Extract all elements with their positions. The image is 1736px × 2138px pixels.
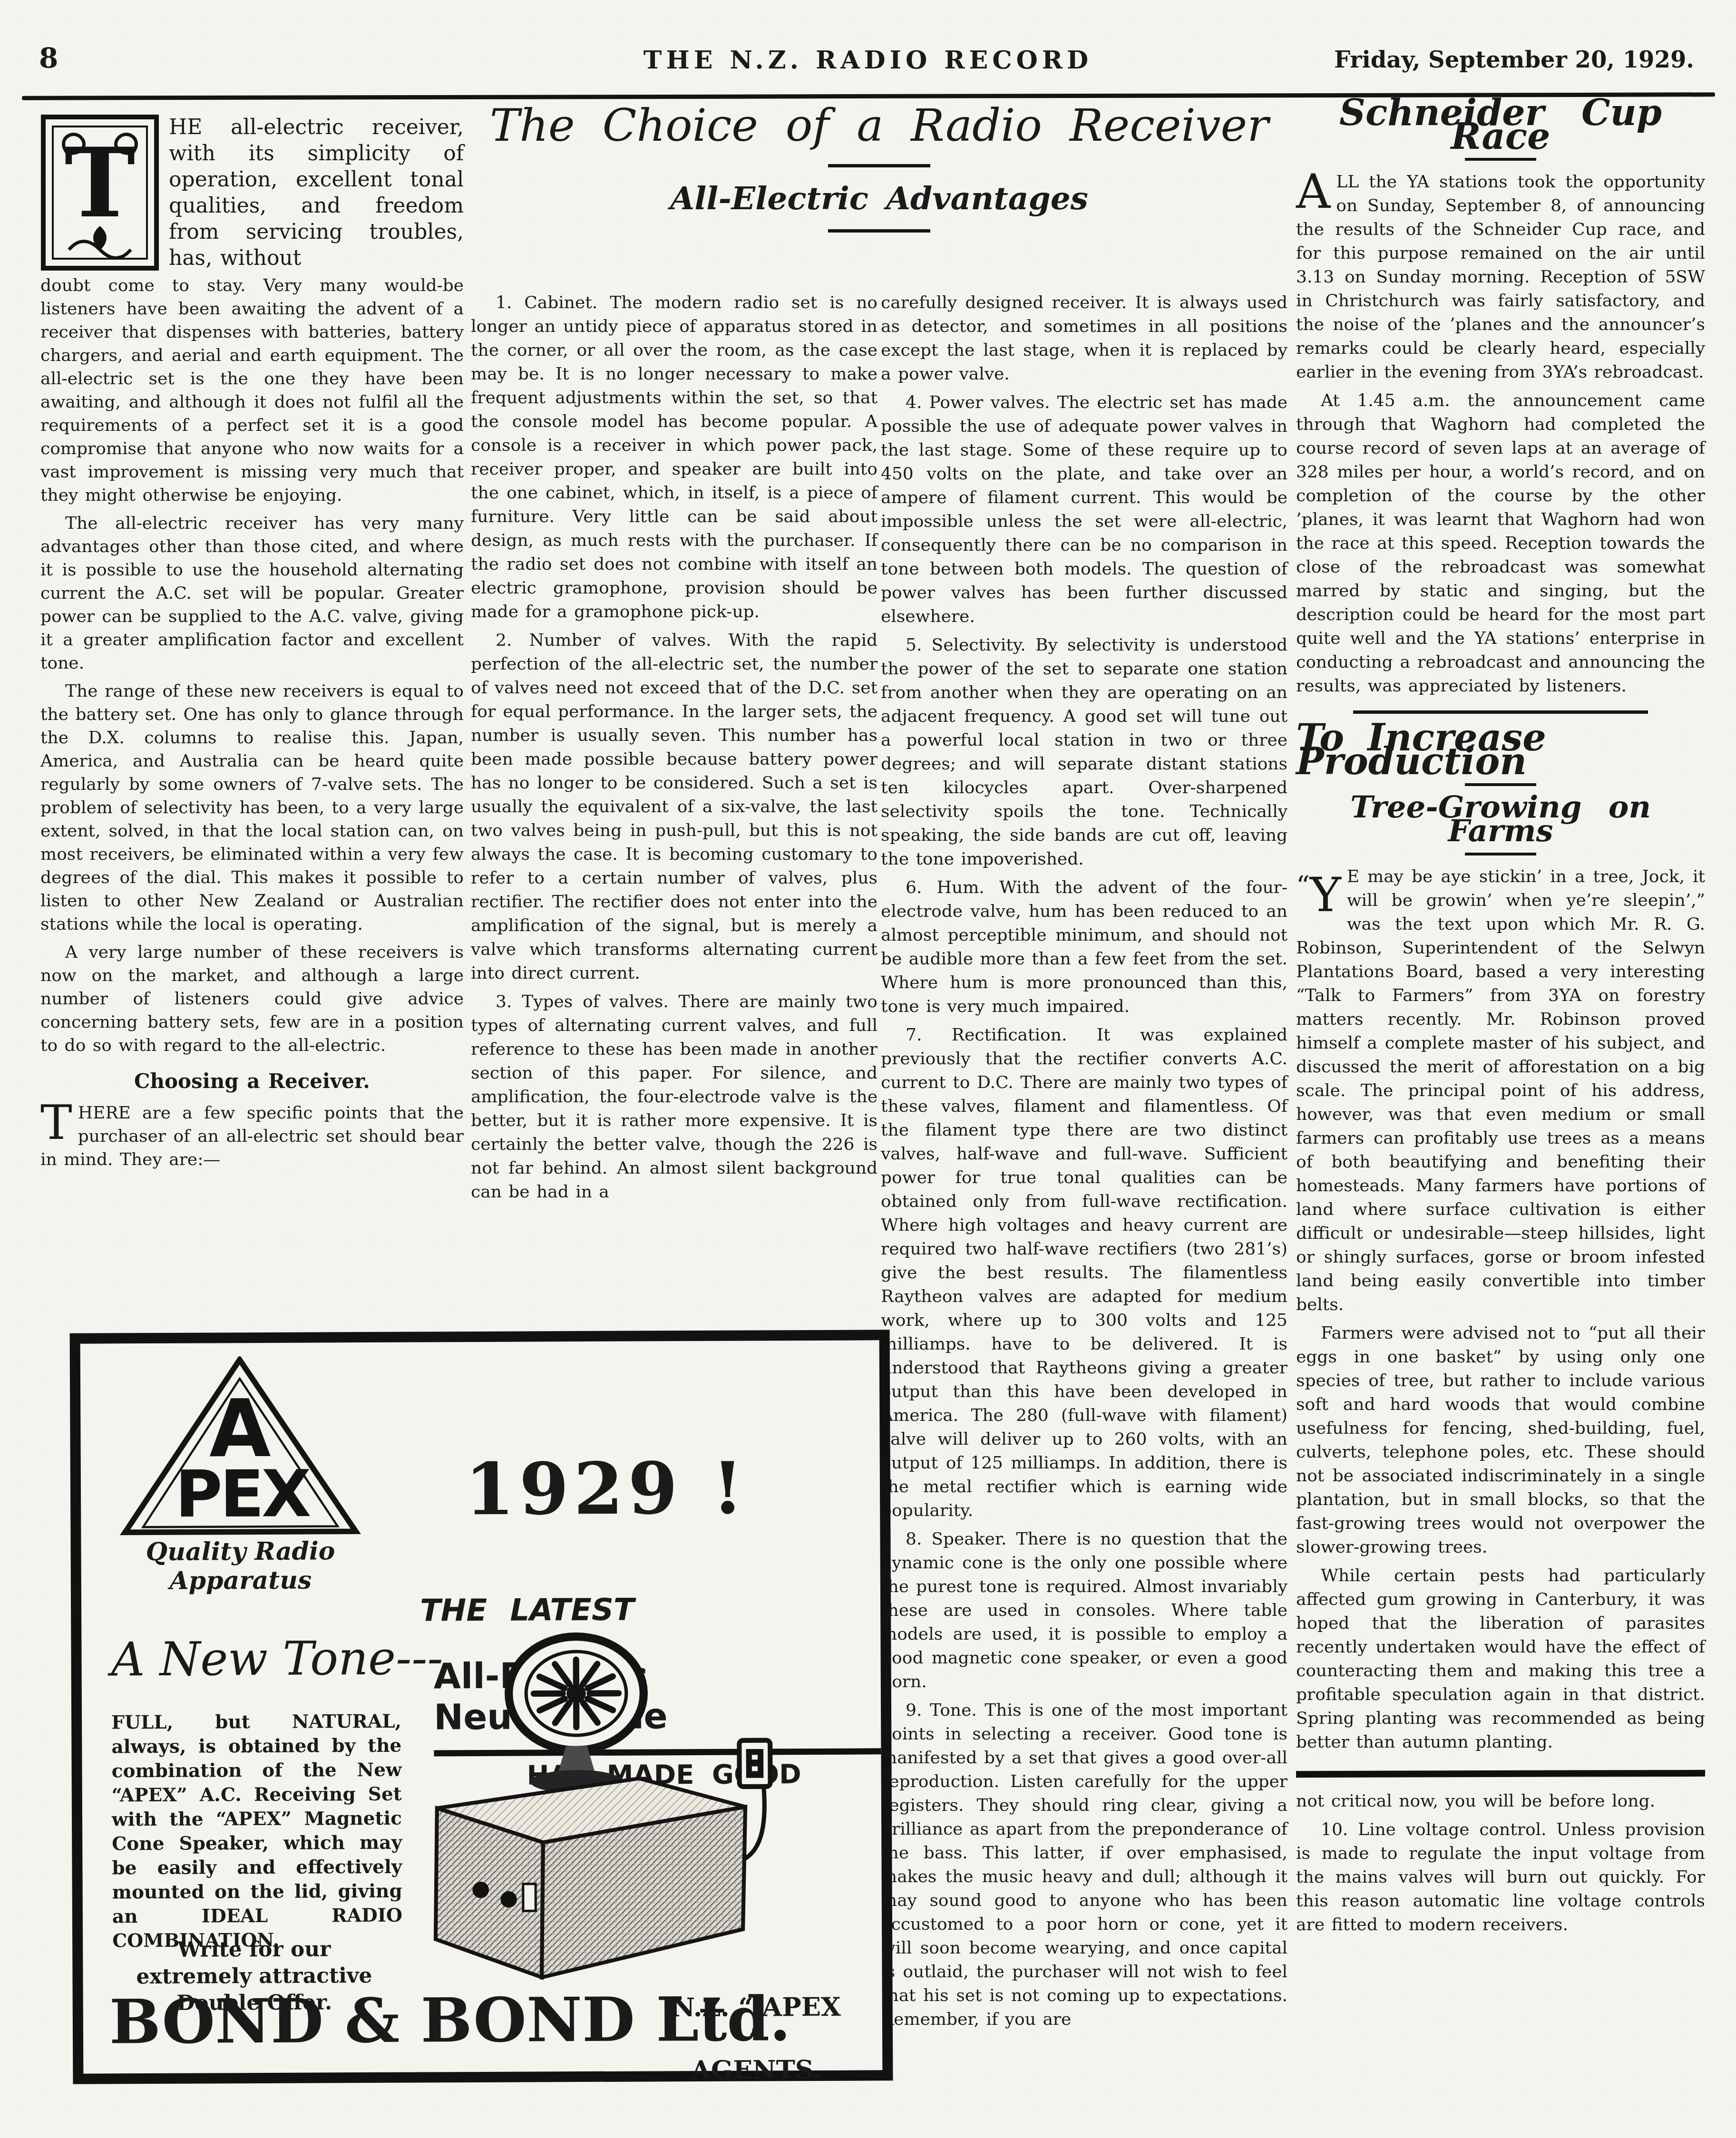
point-paragraph: carefully designed receiver. It is alway…: [881, 291, 1287, 386]
ad-year: 1929 !: [409, 1446, 804, 1532]
lead-paragraph: The range of these new receivers is equa…: [40, 680, 464, 936]
column-rule: [1296, 1770, 1705, 1778]
production-paragraph: “YE may be aye stickin’ in a tree, Jock,…: [1296, 865, 1705, 1317]
dropcap-Y: “Y: [1296, 865, 1347, 914]
issue-date: Friday, September 20, 1929.: [1334, 47, 1694, 73]
schneider-paragraph: At 1.45 a.m. the announcement came throu…: [1296, 389, 1705, 698]
subtitle-divider: [828, 229, 930, 233]
lead-column: T HE all-electric receiver, with its sim…: [40, 114, 464, 1176]
point-paragraph: 2. Number of valves. With the rapid perf…: [471, 629, 878, 985]
point-paragraph: 4. Power valves. The electric set has ma…: [881, 391, 1287, 629]
tree-growing-title: Tree-Growing on Farms: [1296, 796, 1705, 843]
svg-text:T: T: [65, 127, 136, 239]
dropcap-A: A: [1296, 170, 1336, 211]
main-article-headline: The Choice of a Radio Receiver All-Elect…: [471, 100, 1287, 245]
ad-tone-heading: A New Tone---: [111, 1631, 443, 1687]
points-column-1: 1. Cabinet. The modern radio set is no l…: [471, 291, 878, 1209]
divider: [1465, 158, 1536, 161]
points-column-2: carefully designed receiver. It is alway…: [881, 291, 1287, 2036]
continuation-paragraph: 10. Line voltage control. Unless provisi…: [1296, 1818, 1705, 1937]
ad-body-text: FULL, but NATURAL, always, is obtained b…: [111, 1710, 402, 1953]
choosing-paragraph: THERE are a few specific points that the…: [40, 1101, 464, 1171]
point-paragraph: 7. Rectification. It was explained previ…: [881, 1023, 1287, 1523]
production-paragraph: Farmers were advised not to “put all the…: [1296, 1322, 1705, 1559]
continuation-paragraph: not critical now, you will be before lon…: [1296, 1789, 1705, 1813]
choosing-heading: Choosing a Receiver.: [40, 1069, 464, 1093]
schneider-title: Schneider Cup Race: [1296, 101, 1705, 148]
schneider-paragraph: ALL the YA stations took the opportunity…: [1296, 170, 1705, 384]
headline-divider: [828, 164, 930, 167]
ad-agents: N.Z. “ APEX ” AGENTS.: [661, 1991, 852, 2086]
apex-advertisement: A PEX Quality Radio Apparatus 1929 ! THE…: [70, 1330, 893, 2084]
right-column: Schneider Cup Race ALL the YA stations t…: [1296, 101, 1705, 1942]
lead-paragraph: doubt come to stay. Very many would-be l…: [40, 274, 464, 507]
point-paragraph: 6. Hum. With the advent of the four-elec…: [881, 876, 1287, 1019]
production-title: To Increase Production: [1296, 726, 1705, 774]
radio-speaker-illustration: [407, 1619, 775, 1991]
divider: [1465, 783, 1536, 786]
production-paragraph: While certain pests had particularly aff…: [1296, 1564, 1705, 1754]
point-paragraph: 5. Selectivity. By selectivity is unders…: [881, 633, 1287, 871]
svg-text:PEX: PEX: [175, 1457, 310, 1532]
section-divider: [1353, 710, 1648, 714]
lead-paragraph-beside: HE all-electric receiver, with its simpl…: [169, 114, 464, 271]
lead-paragraph: The all-electric receiver has very many …: [40, 512, 464, 675]
article-title: The Choice of a Radio Receiver: [471, 100, 1287, 152]
point-paragraph: 9. Tone. This is one of the most importa…: [881, 1699, 1287, 2031]
point-paragraph: 1. Cabinet. The modern radio set is no l…: [471, 291, 878, 624]
apex-triangle-logo-icon: A PEX: [107, 1356, 374, 1537]
lead-paragraph: A very large number of these receivers i…: [40, 941, 464, 1057]
point-paragraph: 3. Types of valves. There are mainly two…: [471, 990, 878, 1204]
newspaper-page: 8 THE N.Z. RADIO RECORD Friday, Septembe…: [0, 0, 1736, 2138]
dropcap-T: T: [40, 1101, 78, 1142]
ornate-initial-T-icon: T: [40, 114, 159, 271]
divider: [1465, 853, 1536, 855]
point-paragraph: 8. Speaker. There is no question that th…: [881, 1527, 1287, 1694]
article-subtitle: All-Electric Advantages: [471, 180, 1287, 217]
apex-tagline: Quality Radio Apparatus: [86, 1536, 395, 1596]
